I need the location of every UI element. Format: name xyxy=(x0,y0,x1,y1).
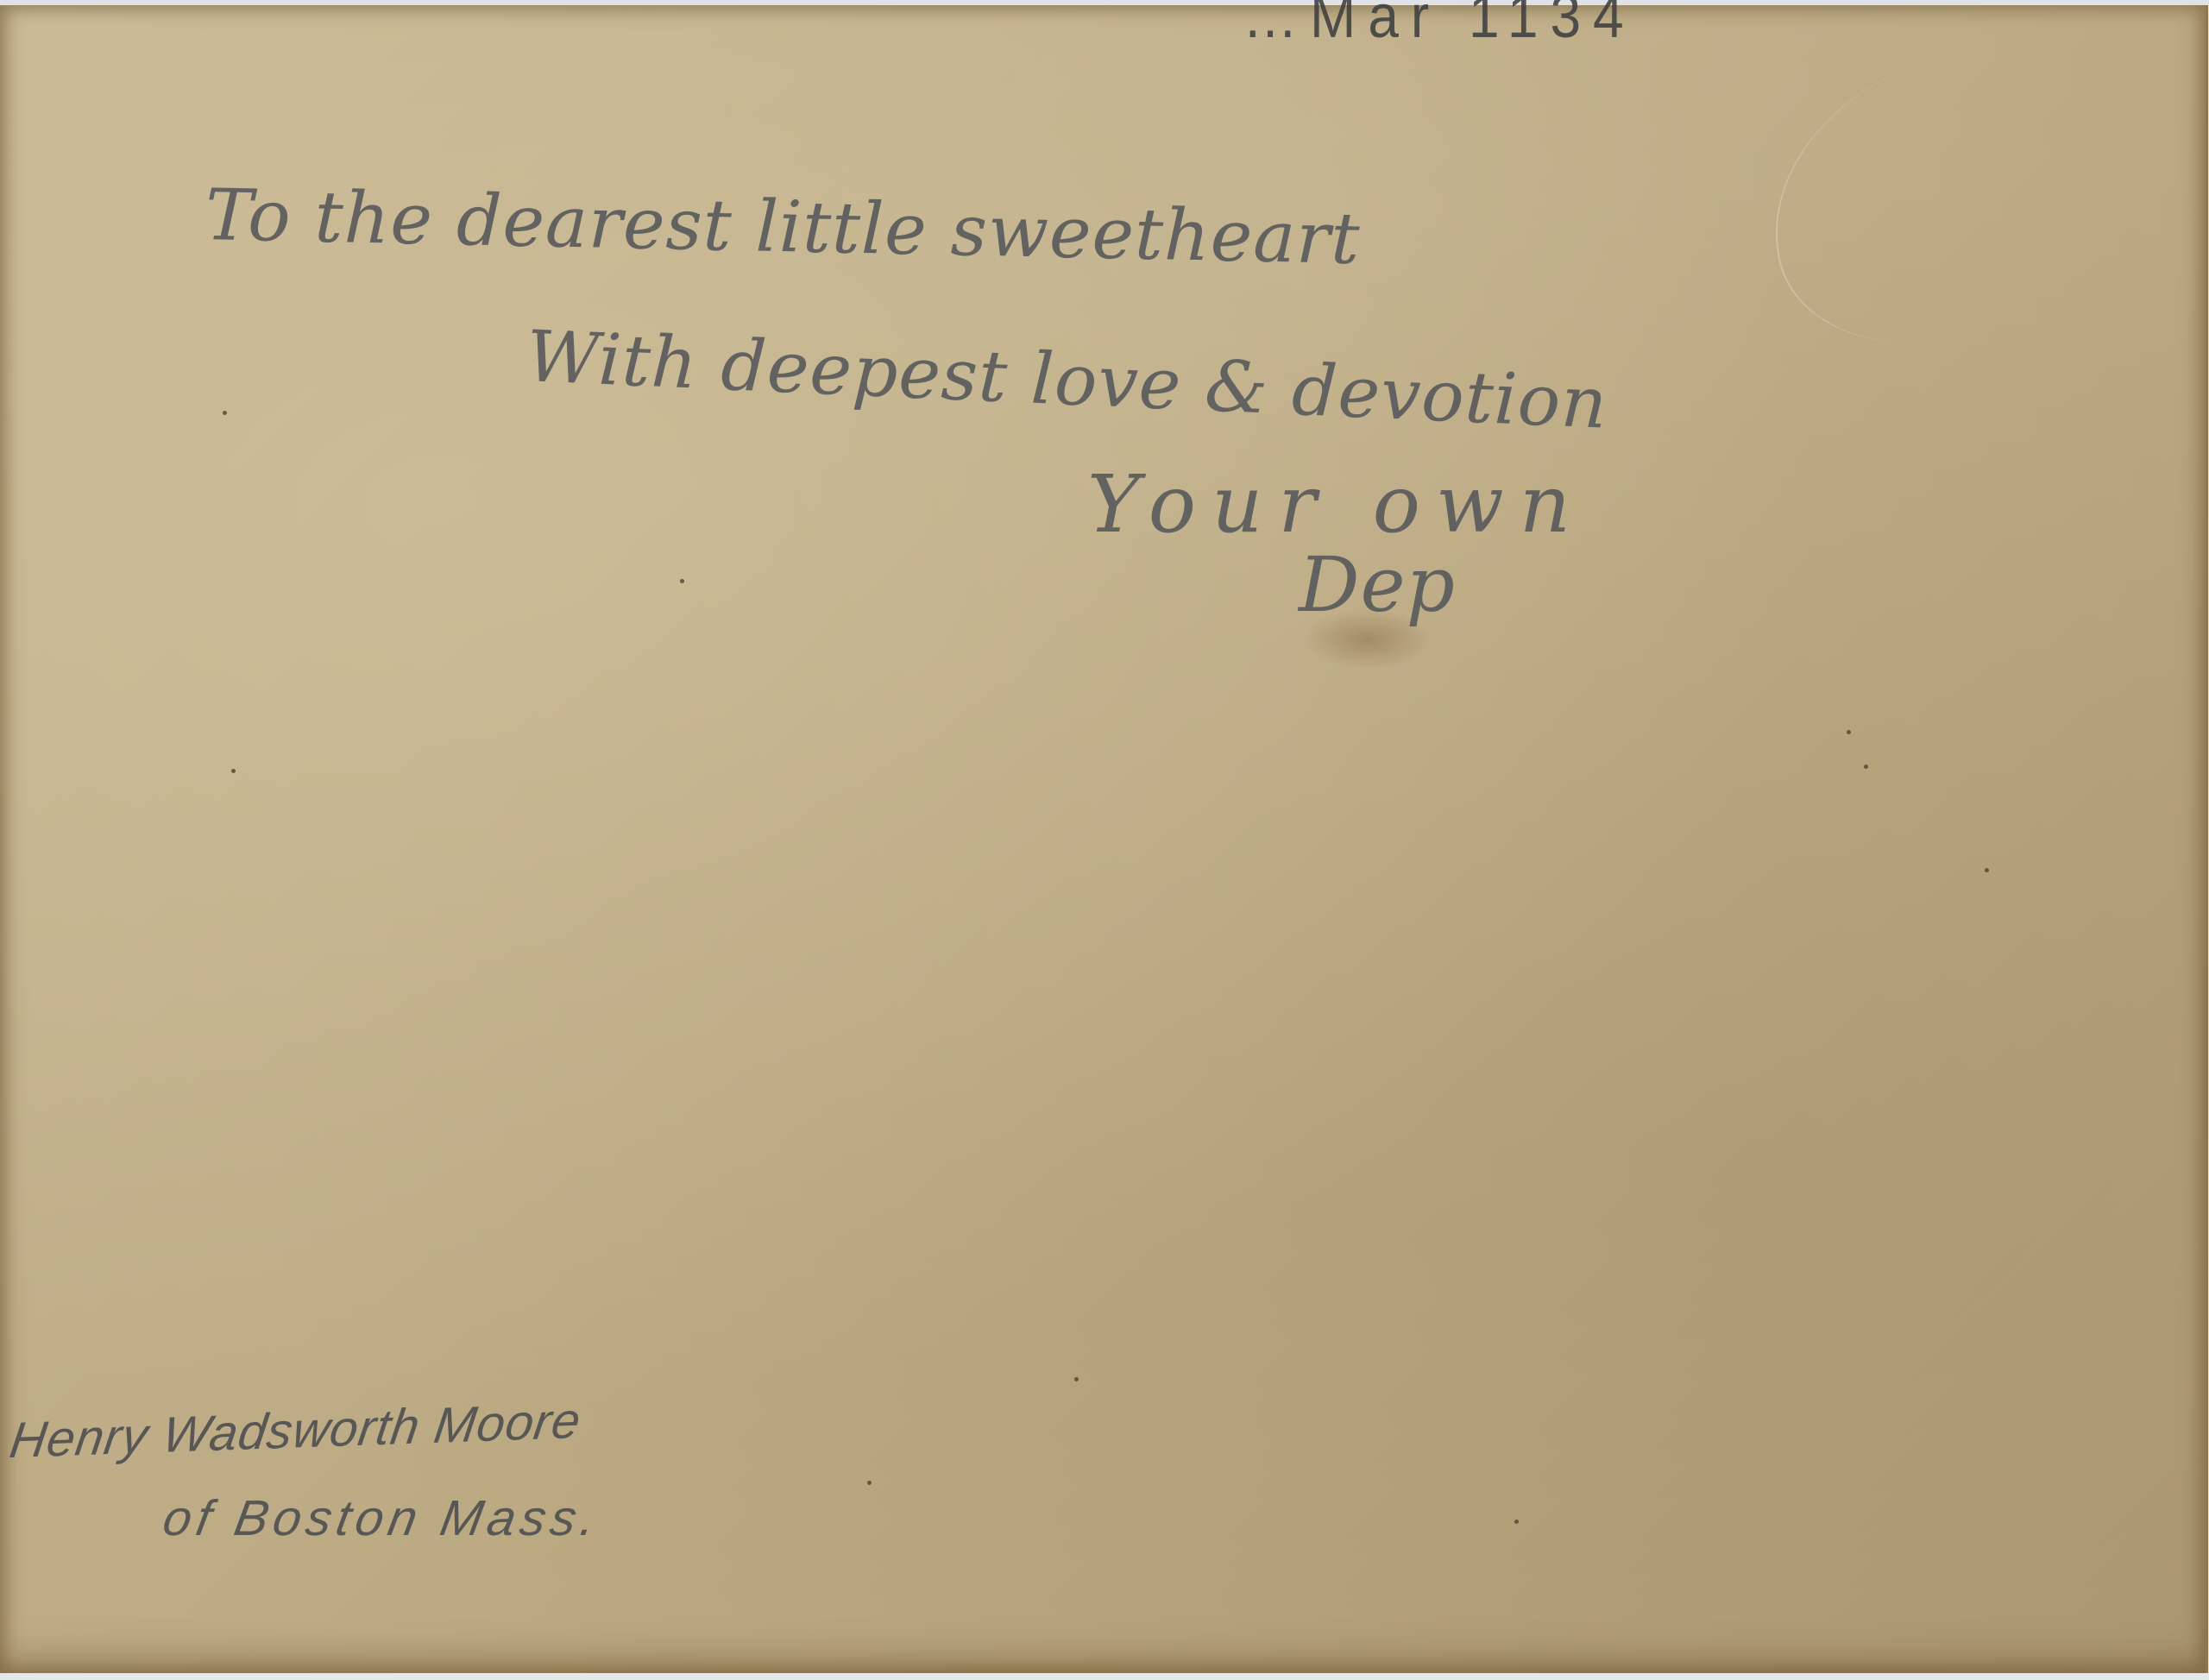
paper-speck xyxy=(680,579,684,583)
paper-speck xyxy=(223,411,227,415)
background-edge xyxy=(0,1673,2209,1680)
top-partial-inscription: …Mar 1134 xyxy=(1243,0,1636,52)
dedication-line-1: To the dearest little sweetheart xyxy=(205,174,1361,280)
paper-speck xyxy=(231,769,236,773)
paper-crease xyxy=(1744,22,2157,368)
paper-speck xyxy=(1985,868,1989,872)
paper-speck xyxy=(867,1481,872,1485)
photo-card-back: …Mar 1134 To the dearest little sweethea… xyxy=(0,5,2208,1677)
paper-speck xyxy=(1514,1520,1519,1524)
signature-closing: Your own xyxy=(1087,458,1586,551)
identification-line-2: of Boston Mass. xyxy=(159,1489,606,1547)
paper-speck xyxy=(1847,730,1851,734)
identification-line-1: Henry Wadsworth Moore xyxy=(6,1392,584,1469)
dedication-line-2: With deepest love & devotion xyxy=(525,316,1609,445)
ink-stain xyxy=(1303,609,1432,670)
paper-speck xyxy=(1864,764,1868,769)
paper-speck xyxy=(1074,1377,1079,1381)
